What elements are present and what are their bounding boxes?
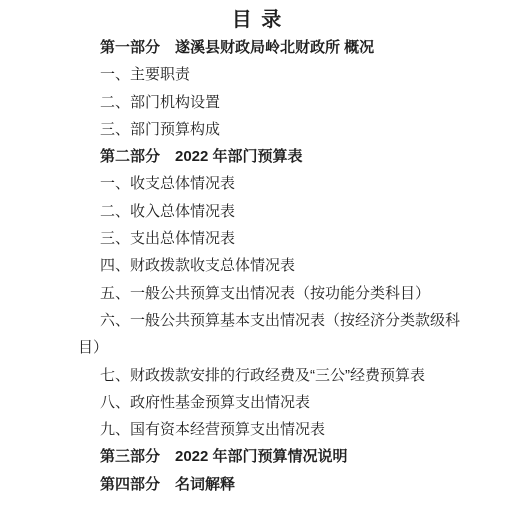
toc-entry: 二、部门机构设置 [0,89,515,116]
toc-entry: 九、国有资本经营预算支出情况表 [0,416,515,443]
toc-entry: 八、政府性基金预算支出情况表 [0,389,515,416]
toc-section-heading: 第一部分 遂溪县财政局岭北财政所 概况 [0,34,515,61]
toc-section-heading: 第二部分 2022 年部门预算表 [0,143,515,170]
toc-entry-continuation: 目） [0,334,515,361]
toc-list: 第一部分 遂溪县财政局岭北财政所 概况 一、主要职责 二、部门机构设置 三、部门… [0,34,515,498]
toc-entry: 六、一般公共预算基本支出情况表（按经济分类款级科 [0,307,515,334]
toc-entry: 一、收支总体情况表 [0,170,515,197]
toc-section-heading: 第四部分 名词解释 [0,471,515,498]
toc-entry: 一、主要职责 [0,61,515,88]
toc-title: 目 录 [0,6,515,34]
toc-entry: 七、财政拨款安排的行政经费及“三公”经费预算表 [0,362,515,389]
toc-section-heading: 第三部分 2022 年部门预算情况说明 [0,443,515,470]
toc-entry: 三、部门预算构成 [0,116,515,143]
toc-entry: 四、财政拨款收支总体情况表 [0,252,515,279]
toc-entry: 五、一般公共预算支出情况表（按功能分类科目） [0,280,515,307]
toc-entry: 二、收入总体情况表 [0,198,515,225]
document-page: 目 录 第一部分 遂溪县财政局岭北财政所 概况 一、主要职责 二、部门机构设置 … [0,0,515,506]
toc-entry: 三、支出总体情况表 [0,225,515,252]
